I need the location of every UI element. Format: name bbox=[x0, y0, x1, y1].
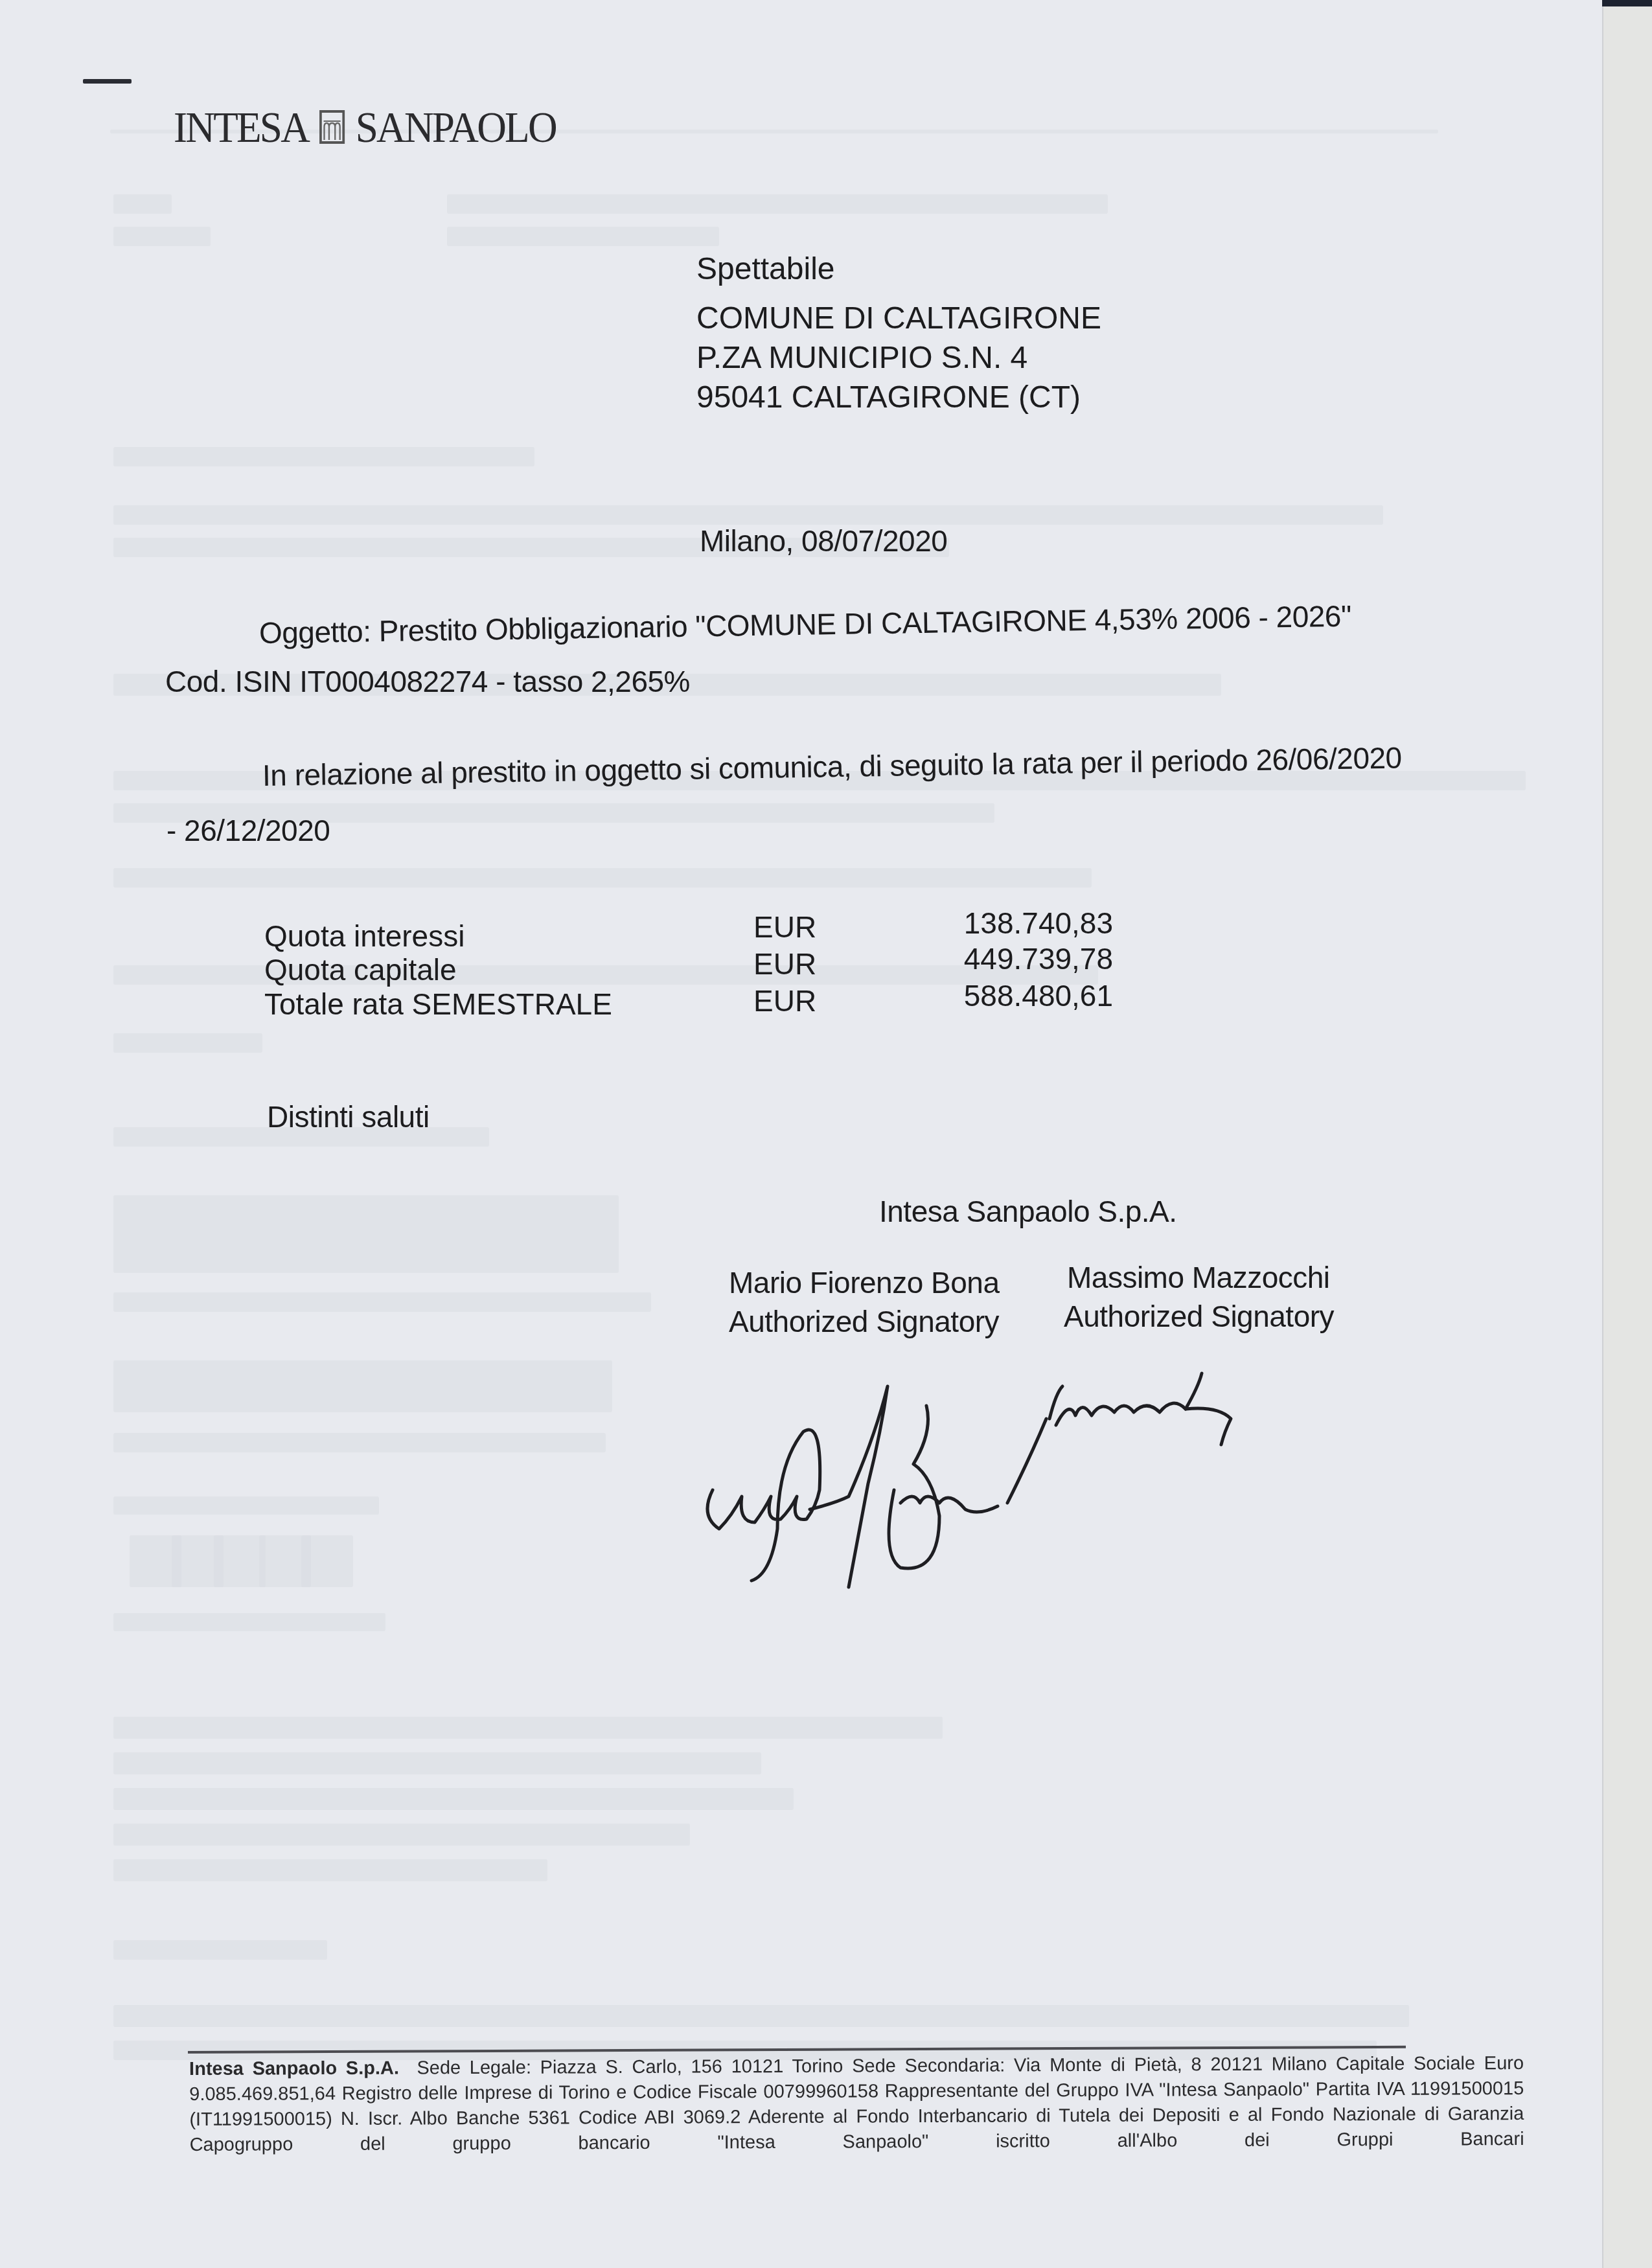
body-text-continued: - 26/12/2020 bbox=[166, 813, 330, 848]
amount-label: Totale rata SEMESTRALE bbox=[264, 985, 612, 1024]
logo-text-right: SANPAOLO bbox=[356, 102, 556, 153]
ghost-text-block bbox=[113, 1195, 619, 1273]
ghost-text-block bbox=[113, 1433, 606, 1452]
ghost-text-block bbox=[113, 1859, 547, 1881]
ghost-text-block bbox=[113, 1788, 794, 1810]
ghost-text-block bbox=[113, 1613, 385, 1631]
recipient-salutation: Spettabile bbox=[696, 249, 835, 289]
ghost-text-block bbox=[113, 1496, 379, 1515]
ghost-text-block bbox=[113, 1940, 327, 1960]
signature-handwritten bbox=[693, 1360, 1360, 1607]
ghost-text-block bbox=[113, 868, 1092, 888]
recipient-address-line1: P.ZA MUNICIPIO S.N. 4 bbox=[696, 338, 1027, 378]
scanner-edge-shadow bbox=[1602, 0, 1652, 6]
ghost-text-block bbox=[113, 1824, 690, 1846]
amount-value: 588.480,61 bbox=[945, 976, 1113, 1016]
ghost-social-icon bbox=[214, 1535, 266, 1587]
signatory-1-name: Mario Fiorenzo Bona bbox=[729, 1265, 999, 1300]
ghost-text-block bbox=[113, 227, 211, 246]
ghost-text-block bbox=[113, 447, 534, 466]
signatory-1-title: Authorized Signatory bbox=[729, 1304, 999, 1339]
amount-label: Quota capitale bbox=[264, 950, 457, 990]
closing: Distinti saluti bbox=[267, 1099, 430, 1134]
signatory-2-name: Massimo Mazzocchi bbox=[1067, 1260, 1330, 1295]
ghost-text-block bbox=[113, 2005, 1409, 2027]
amount-value: 138.740,83 bbox=[945, 904, 1113, 943]
bank-logo: INTESA SANPAOLO bbox=[174, 104, 556, 150]
ghost-text-block bbox=[113, 1752, 761, 1774]
logo-text-left: INTESA bbox=[174, 102, 308, 153]
company-name: Intesa Sanpaolo S.p.A. bbox=[879, 1194, 1177, 1229]
amount-currency: EUR bbox=[753, 981, 816, 1021]
ghost-text-block bbox=[113, 1360, 612, 1412]
recipient-name: COMUNE DI CALTAGIRONE bbox=[696, 299, 1101, 338]
isin-line: Cod. ISIN IT0004082274 - tasso 2,265% bbox=[165, 664, 690, 699]
signatory-2-title: Authorized Signatory bbox=[1064, 1299, 1334, 1334]
amount-value: 449.739,78 bbox=[945, 939, 1113, 979]
legal-footer: Intesa Sanpaolo S.p.A. Sede Legale: Piaz… bbox=[189, 2051, 1524, 2158]
ghost-text-block bbox=[113, 194, 172, 214]
page-mark bbox=[83, 79, 132, 84]
place-date: Milano, 08/07/2020 bbox=[700, 523, 947, 558]
ghost-text-block bbox=[447, 227, 719, 246]
ghost-text-block bbox=[113, 1292, 651, 1312]
footer-company: Intesa Sanpaolo S.p.A. bbox=[189, 2058, 399, 2079]
ghost-text-block bbox=[113, 1717, 943, 1739]
ghost-text-block bbox=[113, 505, 1383, 525]
ghost-text-block bbox=[447, 194, 1108, 214]
arches-square-icon bbox=[319, 110, 345, 144]
amount-currency: EUR bbox=[753, 945, 816, 984]
scanner-edge bbox=[1602, 0, 1652, 2268]
ghost-social-icon bbox=[301, 1535, 353, 1587]
recipient-address-line2: 95041 CALTAGIRONE (CT) bbox=[696, 378, 1081, 417]
ghost-text-block bbox=[113, 1033, 262, 1053]
amount-currency: EUR bbox=[753, 908, 816, 947]
